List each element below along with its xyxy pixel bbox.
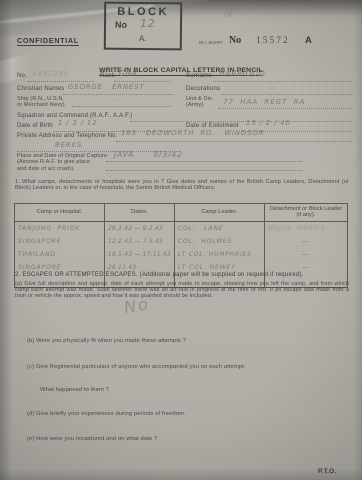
question-2-heading: 2. ESCAPES OR ATTEMPTED ESCAPES. (Additi… bbox=[15, 271, 349, 278]
ship-label: Ship (R.N., U.S.N. or Merchant Navy) bbox=[17, 96, 65, 109]
camp-name: TANJONG PRIOK bbox=[15, 221, 105, 235]
escape-answer: No bbox=[123, 294, 152, 317]
dob-value: 1 / 2 / 12 bbox=[58, 119, 97, 127]
stamp-no-label: No bbox=[115, 20, 127, 30]
form-reference: M.I. 9/JAP/ bbox=[199, 41, 222, 46]
question-2a-text: (a) Give full description and approx. da… bbox=[15, 281, 349, 300]
table-row: THAILAND. 19.5.43 — 17.11.43 LT COL. HUM… bbox=[15, 248, 348, 261]
camp-leader: COL: HOLMES. bbox=[174, 235, 264, 248]
document-page: BLOCK No 12 A. N ·´ CONFIDENTIAL M.I. 9/… bbox=[0, 0, 362, 480]
pto-label: P.T.O. bbox=[318, 468, 336, 475]
question-2d-text: (d) Give briefly your experiences during… bbox=[27, 411, 186, 417]
dotted-line bbox=[213, 80, 352, 82]
dotted-line bbox=[106, 160, 302, 162]
header-detachment: Detachment or Block Leader (if any). bbox=[264, 204, 347, 222]
series-letter: A bbox=[305, 35, 312, 46]
address-label: Private Address and Telephone No. bbox=[17, 133, 118, 140]
dotted-line bbox=[116, 140, 352, 142]
header-dates: Dates. bbox=[104, 204, 174, 222]
table-row: SINGAPORE 12.2.43 — 7.5.43 COL: HOLMES. … bbox=[15, 235, 348, 248]
question-2b-text: (b) Were you physically fit when you mad… bbox=[27, 338, 186, 344]
address-value-line2: BERKS. bbox=[55, 141, 85, 149]
camp-name: THAILAND. bbox=[15, 248, 105, 261]
christian-names-label: Christian Names bbox=[17, 86, 64, 93]
dotted-line bbox=[28, 80, 94, 82]
ship-value: — bbox=[113, 96, 121, 104]
camp-leader: COL: LANE bbox=[174, 221, 264, 235]
detachment-leader: — bbox=[264, 248, 347, 261]
questionnaire-number: 15572 bbox=[256, 36, 290, 46]
unit-label: Unit & Div. (Army) bbox=[186, 96, 213, 109]
table-row: TANJONG PRIOK 29.3.42 — 9.2.43 COL: LANE… bbox=[15, 221, 348, 235]
stamp-block-number: 12 bbox=[140, 17, 156, 30]
rank-label: Rank bbox=[100, 73, 115, 80]
enlistment-value: 15 / 2 / 40 bbox=[246, 119, 291, 127]
question-2c-text: (c) Give Regimental particulars of anyon… bbox=[27, 364, 246, 370]
camp-dates: 12.2.43 — 7.5.43 bbox=[104, 235, 174, 248]
camp-dates: 29.3.42 — 9.2.43 bbox=[104, 221, 174, 235]
header-leader: Camp Leader. bbox=[174, 204, 264, 222]
dotted-line bbox=[218, 107, 352, 109]
dotted-line bbox=[63, 93, 173, 95]
bottom-shadow bbox=[0, 468, 362, 480]
block-number-stamp: BLOCK No 12 A. bbox=[104, 2, 182, 51]
service-number-label: No. bbox=[17, 73, 27, 80]
surname-value: HARWOOD bbox=[219, 69, 266, 78]
question-2e-text: (e) How were you recaptured and on what … bbox=[27, 436, 157, 442]
camp-name: SINGAPORE bbox=[15, 235, 105, 248]
surname-label: Surname bbox=[186, 73, 212, 80]
decorations-value: — bbox=[268, 84, 276, 92]
address-value: 163 DEDWORTH RD. WINDSOR bbox=[121, 129, 264, 137]
confidential-label: CONFIDENTIAL bbox=[17, 37, 79, 46]
dotted-line bbox=[106, 169, 302, 171]
service-number-value: 1451251 bbox=[32, 70, 69, 78]
number-symbol: No bbox=[229, 35, 241, 46]
rank-value: GNR bbox=[119, 69, 138, 78]
header-camp: Camp or Hospital. bbox=[15, 204, 105, 222]
detachment-leader: MAJOR MORRIS bbox=[264, 221, 347, 235]
stamp-suffix: A. bbox=[106, 34, 180, 44]
question-1-text: 1. What camps, detachments or hospitals … bbox=[15, 179, 349, 192]
dotted-line bbox=[221, 93, 352, 95]
capture-value: JAVA 8/3/42 bbox=[114, 150, 183, 159]
detachment-leader: — bbox=[264, 235, 347, 248]
dob-label: Date of Birth bbox=[17, 123, 53, 130]
capture-label: Place and Date of Original Capture (Airc… bbox=[17, 153, 107, 172]
christian-names-value: GEORGE ERNEST bbox=[68, 83, 144, 91]
dotted-line bbox=[130, 120, 352, 122]
question-2c-sub-text: What happened to them ? bbox=[40, 387, 109, 393]
camp-leader: LT COL. HUMPHRIES bbox=[174, 248, 264, 261]
dotted-line bbox=[114, 80, 170, 82]
decorations-label: Decorations bbox=[186, 86, 220, 93]
pencil-mark: N ·´ bbox=[224, 6, 250, 20]
dotted-line bbox=[72, 105, 172, 107]
camp-table-header-row: Camp or Hospital. Dates. Camp Leader. De… bbox=[15, 204, 348, 222]
camp-dates: 19.5.43 — 17.11.43 bbox=[104, 248, 174, 261]
unit-value: 77 HAA REGT RA bbox=[223, 97, 305, 106]
